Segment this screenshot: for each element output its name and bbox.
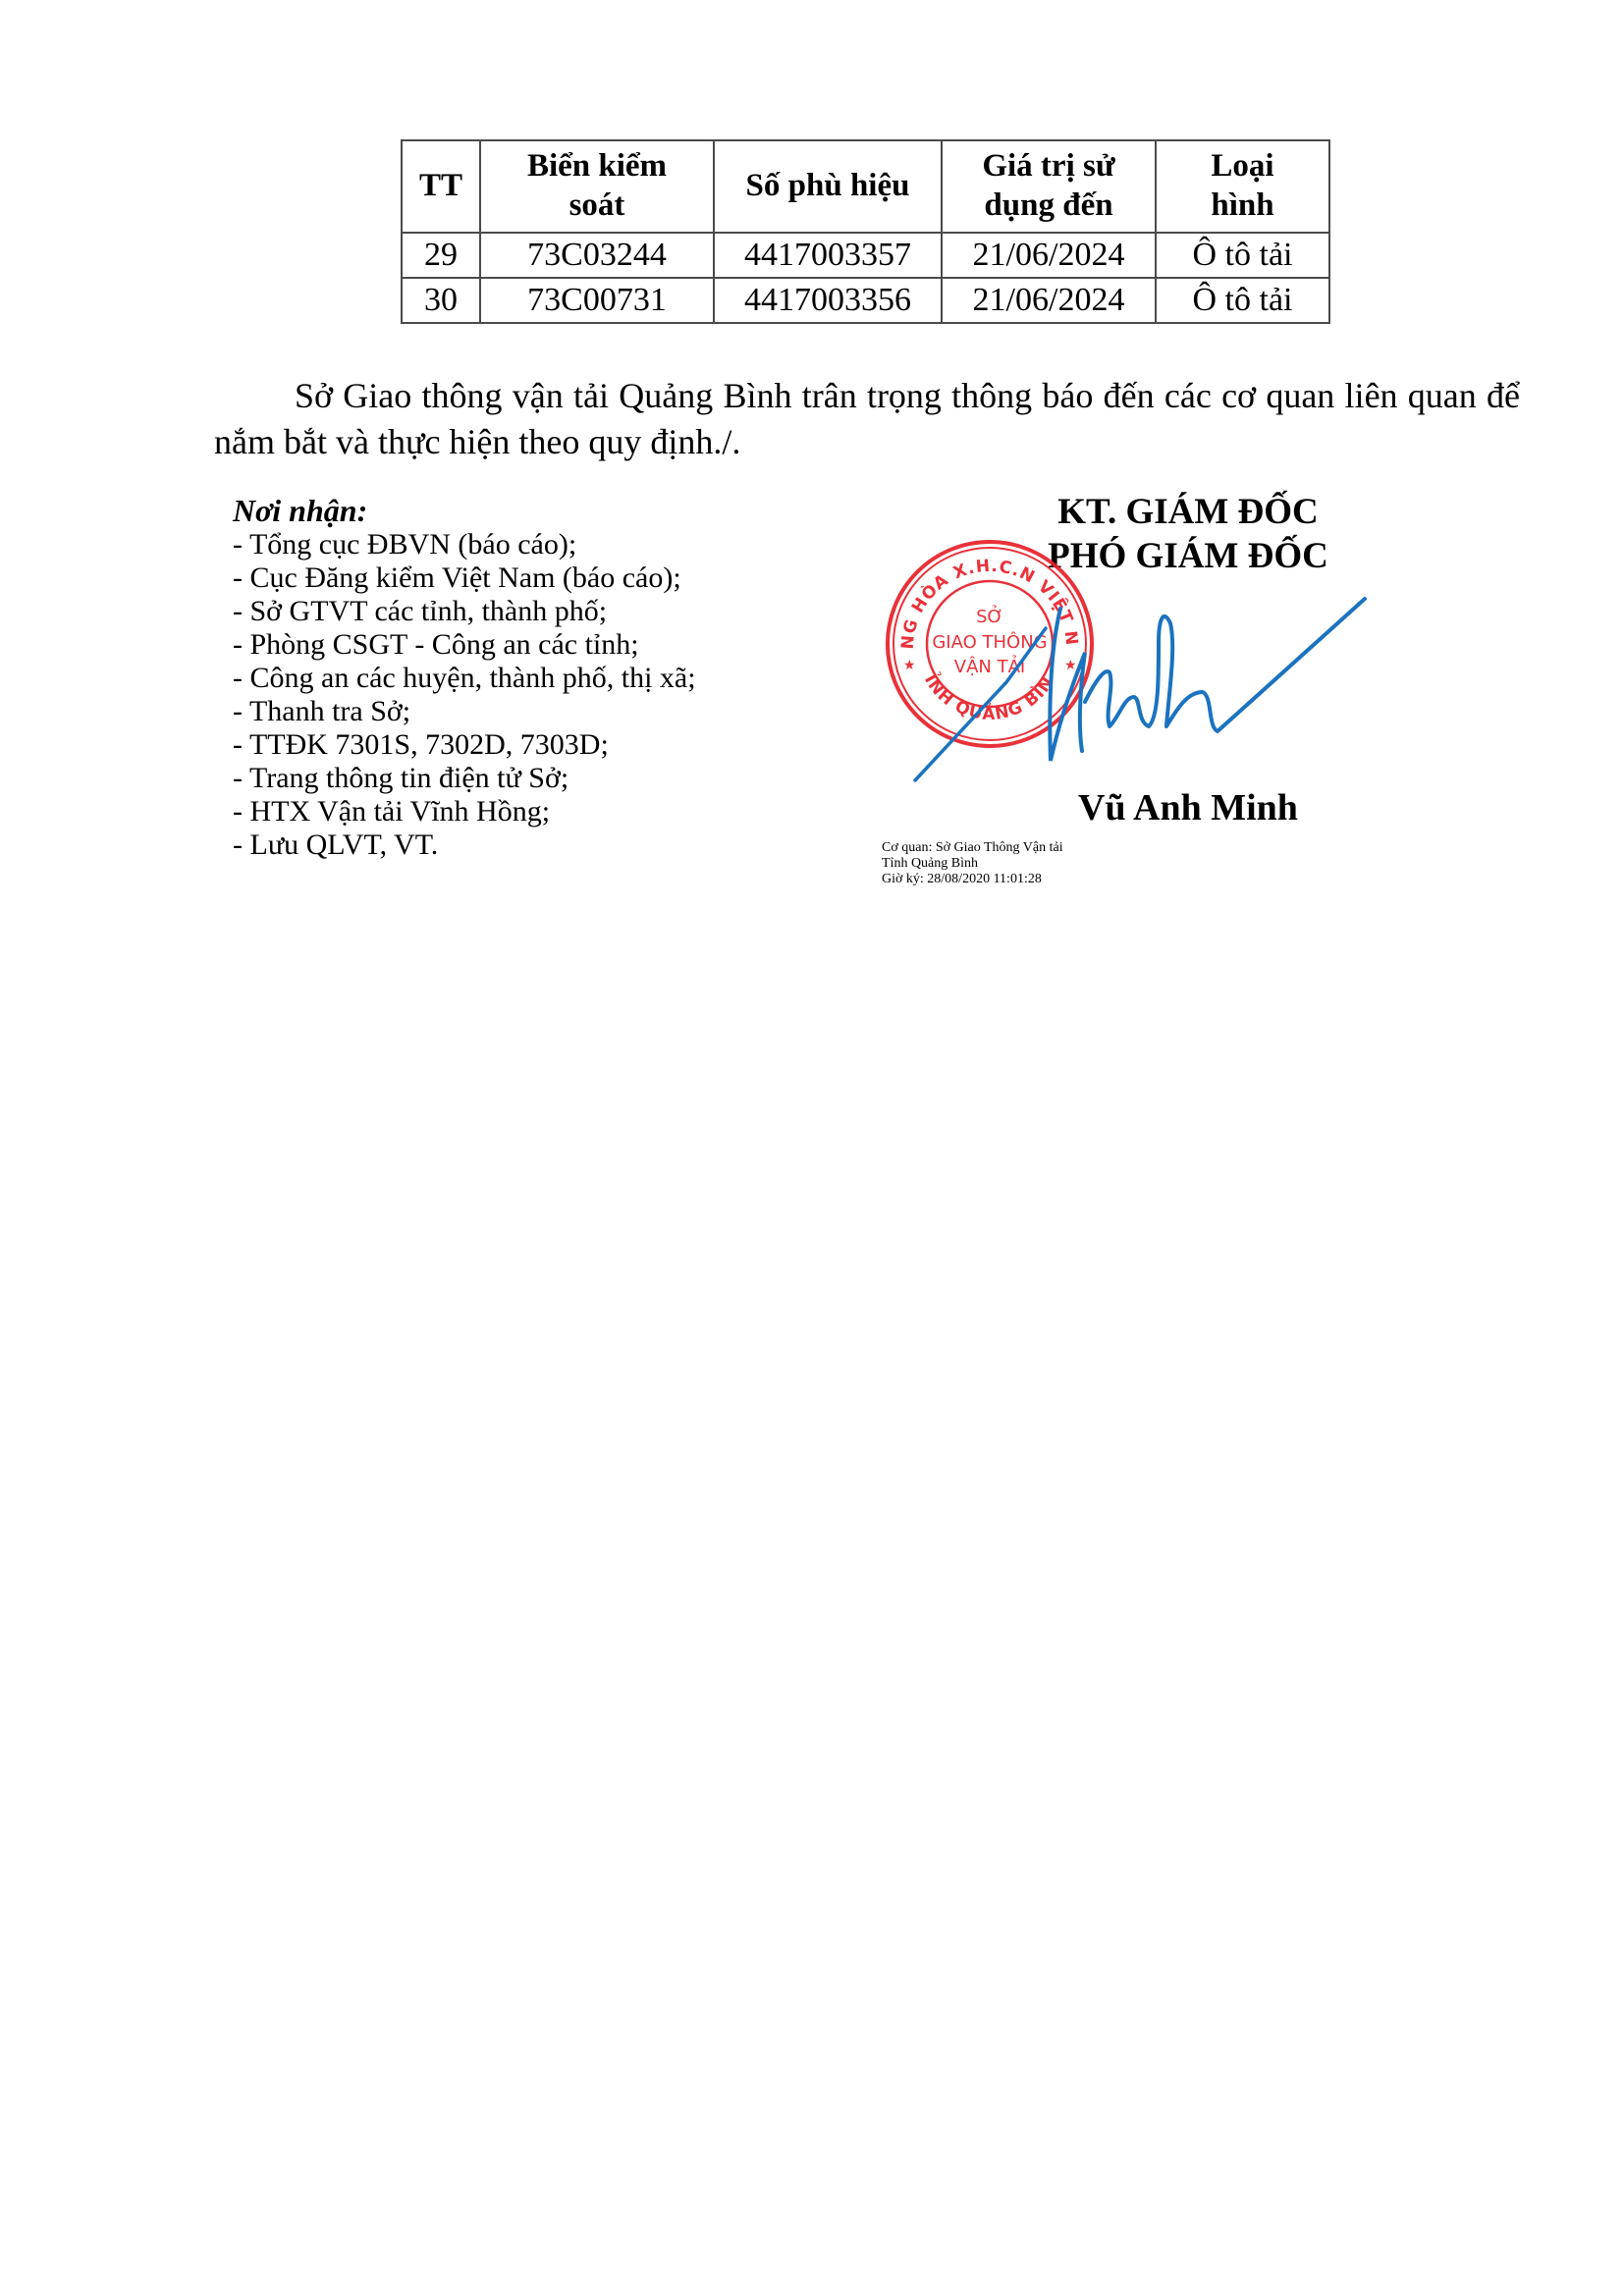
- recipient-item: - Sở GTVT các tỉnh, thành phố;: [233, 595, 841, 628]
- recipient-item: - Công an các huyện, thành phố, thị xã;: [233, 662, 841, 695]
- vehicle-badge-table: TT Biển kiểm soát Số phù hiệu Giá trị sử…: [401, 139, 1330, 324]
- digital-sig-agency-line2: Tỉnh Quảng Bình: [882, 856, 1063, 872]
- header-bks-line2: soát: [569, 187, 625, 223]
- recipient-item: - Cục Đăng kiểm Việt Nam (báo cáo);: [233, 561, 841, 595]
- recipient-item: - Thanh tra Sở;: [233, 695, 841, 728]
- handwritten-signature-icon: [913, 589, 1375, 795]
- header-so-phu-hieu: Số phù hiệu: [714, 140, 942, 233]
- recipient-item: - HTX Vận tải Vĩnh Hồng;: [233, 795, 841, 828]
- digital-sig-signed-at: Giờ ký: 28/08/2020 11:01:28: [882, 872, 1063, 887]
- table-row: 29 73C03244 4417003357 21/06/2024 Ô tô t…: [402, 233, 1329, 278]
- header-loai-line2: hình: [1211, 187, 1273, 223]
- header-loai-line1: Loại: [1211, 148, 1273, 184]
- header-loai-hinh: Loại hình: [1156, 140, 1329, 233]
- table-header-row: TT Biển kiểm soát Số phù hiệu Giá trị sử…: [402, 140, 1329, 233]
- header-gia-tri-su-dung: Giá trị sử dụng đến: [942, 140, 1156, 233]
- header-bks-line1: Biển kiểm: [527, 148, 667, 184]
- cell-so-phu-hieu: 4417003356: [714, 278, 942, 323]
- header-bien-kiem-soat: Biển kiểm soát: [480, 140, 714, 233]
- cell-so-phu-hieu: 4417003357: [714, 233, 942, 278]
- cell-loai-hinh: Ô tô tải: [1156, 233, 1329, 278]
- recipients-title: Nơi nhận:: [233, 494, 841, 527]
- digital-signature-info: Cơ quan: Sở Giao Thông Vận tải Tỉnh Quản…: [882, 840, 1063, 887]
- recipient-item: - Phòng CSGT - Công an các tỉnh;: [233, 628, 841, 662]
- cell-tt: 29: [402, 233, 480, 278]
- signature-title-line1: KT. GIÁM ĐỐC: [1021, 491, 1355, 534]
- recipient-item: - Trang thông tin điện tử Sở;: [233, 762, 841, 795]
- cell-gia-tri-den: 21/06/2024: [942, 233, 1156, 278]
- cell-gia-tri-den: 21/06/2024: [942, 278, 1156, 323]
- cell-bien-kiem-soat: 73C00731: [480, 278, 714, 323]
- recipient-item: - TTĐK 7301S, 7302D, 7303D;: [233, 728, 841, 762]
- digital-sig-agency-line1: Cơ quan: Sở Giao Thông Vận tải: [882, 840, 1063, 856]
- header-gt-line2: dụng đến: [984, 187, 1112, 223]
- recipients-block: Nơi nhận: - Tổng cục ĐBVN (báo cáo); - C…: [233, 494, 841, 862]
- header-tt-label: TT: [419, 168, 462, 203]
- recipient-item: - Lưu QLVT, VT.: [233, 828, 841, 862]
- cell-loai-hinh: Ô tô tải: [1156, 278, 1329, 323]
- table-row: 30 73C00731 4417003356 21/06/2024 Ô tô t…: [402, 278, 1329, 323]
- cell-bien-kiem-soat: 73C03244: [480, 233, 714, 278]
- header-gt-line1: Giá trị sử: [982, 148, 1114, 184]
- document-page: TT Biển kiểm soát Số phù hiệu Giá trị sử…: [0, 0, 1624, 2296]
- cell-tt: 30: [402, 278, 480, 323]
- recipient-item: - Tổng cục ĐBVN (báo cáo);: [233, 528, 841, 561]
- notice-paragraph: Sở Giao thông vận tải Quảng Bình trân tr…: [214, 373, 1520, 465]
- header-tt: TT: [402, 140, 480, 233]
- header-sph-label: Số phù hiệu: [746, 168, 910, 203]
